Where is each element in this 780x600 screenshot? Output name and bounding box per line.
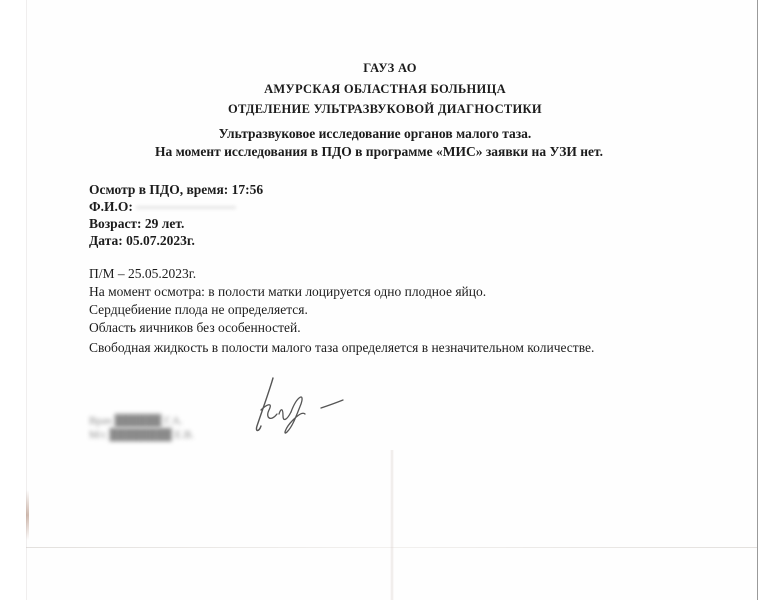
finding-ovaries: Область яичников без особенностей. bbox=[89, 319, 486, 337]
signatories: Врач ██████ Г.А. М/с ████████ Е.В. bbox=[89, 414, 194, 442]
hospital-name: АМУРСКАЯ ОБЛАСТНАЯ БОЛЬНИЦА bbox=[0, 82, 775, 97]
exam-line: Осмотр в ПДО, время: 17:56 bbox=[89, 181, 263, 198]
finding-heartbeat: Сердцебиение плода не определяется. bbox=[89, 301, 486, 319]
finding-uterus: На момент осмотра: в полости матки лоцир… bbox=[89, 283, 486, 301]
doctor-label: Врач bbox=[89, 415, 112, 427]
name-label: Ф.И.О: bbox=[89, 199, 133, 214]
finding-lmp: П/М – 25.05.2023г. bbox=[89, 265, 486, 283]
document-title: Ультразвуковое исследование органов мало… bbox=[0, 126, 765, 142]
org-short-name: ГАУЗ АО bbox=[0, 61, 780, 76]
nurse-label: М/с bbox=[89, 429, 107, 441]
conclusion: Свободная жидкость в полости малого таза… bbox=[89, 339, 594, 356]
date-line: Дата: 05.07.2023г. bbox=[89, 232, 263, 249]
handwritten-signature bbox=[235, 370, 355, 440]
name-line: Ф.И.О: bbox=[89, 198, 263, 215]
paper-fold-vertical bbox=[390, 450, 394, 600]
nurse-name: ████████ Е.В. bbox=[109, 429, 194, 441]
document-subtitle: На момент исследования в ПДО в программе… bbox=[0, 144, 769, 160]
name-redacted bbox=[136, 206, 236, 209]
doctor-line: Врач ██████ Г.А. bbox=[89, 414, 194, 428]
age-line: Возраст: 29 лет. bbox=[89, 215, 263, 232]
findings: П/М – 25.05.2023г. На момент осмотра: в … bbox=[89, 265, 486, 337]
patient-info: Осмотр в ПДО, время: 17:56 Ф.И.О: Возрас… bbox=[89, 181, 263, 249]
department-name: ОТДЕЛЕНИЕ УЛЬТРАЗВУКОВОЙ ДИАГНОСТИКИ bbox=[0, 102, 775, 117]
doctor-name: ██████ Г.А. bbox=[115, 415, 183, 427]
paper-edge-shadow bbox=[26, 490, 29, 540]
nurse-line: М/с ████████ Е.В. bbox=[89, 428, 194, 442]
